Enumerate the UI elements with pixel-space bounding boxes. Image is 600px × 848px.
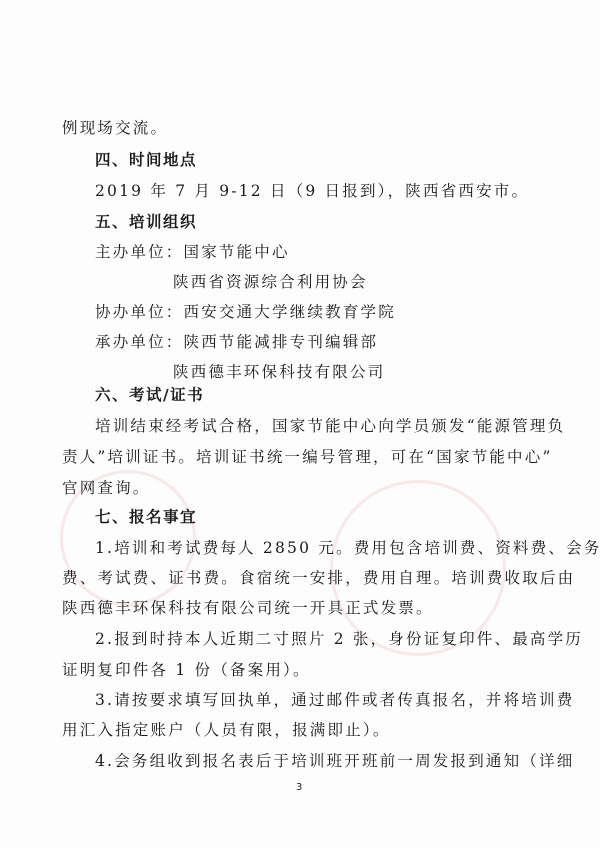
body-text-certificate-2: 责人”培训证书。培训证书统一编号管理，可在“国家节能中心”	[62, 447, 553, 467]
organizer-undertaker: 承办单位：陕西节能减排专刊编辑部	[95, 332, 378, 352]
document-page: 例现场交流。 四、时间地点 2019 年 7 月 9-12 日（9 日报到），陕…	[0, 0, 600, 848]
body-text-continuation: 例现场交流。	[62, 118, 168, 138]
registration-item-4-line-1: 4.会务组收到报名表后于培训班开班前一周发报到通知（详细	[95, 751, 574, 771]
section-heading-organization: 五、培训组织	[95, 212, 197, 232]
registration-item-1-line-1: 1.培训和考试费每人 2850 元。费用包含培训费、资料费、会务	[95, 538, 600, 558]
registration-item-1-line-3: 陕西德丰环保科技有限公司统一开具正式发票。	[62, 598, 434, 618]
registration-item-3-line-2: 用汇入指定账户（人员有限，报满即止）。	[62, 720, 391, 740]
organizer-undertaker-2: 陕西德丰环保科技有限公司	[173, 362, 385, 382]
section-heading-exam-certificate: 六、考试/证书	[95, 385, 204, 405]
body-text-certificate-1: 培训结束经考试合格，国家节能中心向学员颁发“能源管理负	[95, 416, 565, 436]
body-text-certificate-3: 官网查询。	[62, 478, 151, 498]
section-heading-registration: 七、报名事宜	[95, 507, 197, 527]
registration-item-2-line-1: 2.报到时持本人近期二寸照片 2 张，身份证复印件、最高学历	[95, 629, 583, 649]
organizer-host: 主办单位：国家节能中心	[95, 242, 290, 262]
registration-item-2-line-2: 证明复印件各 1 份（备案用）。	[62, 660, 311, 680]
section-heading-time-place: 四、时间地点	[95, 150, 197, 170]
registration-item-1-line-2: 费、考试费、证书费。食宿统一安排，费用自理。培训费收取后由	[62, 568, 575, 588]
body-text-date-location: 2019 年 7 月 9-12 日（9 日报到），陕西省西安市。	[95, 181, 529, 201]
organizer-host-2: 陕西省资源综合利用协会	[173, 272, 368, 292]
page-number: 3	[296, 782, 302, 793]
organizer-co-host: 协办单位：西安交通大学继续教育学院	[95, 302, 396, 322]
registration-item-3-line-1: 3.请按要求填写回执单，通过邮件或者传真报名，并将培训费	[95, 690, 574, 710]
